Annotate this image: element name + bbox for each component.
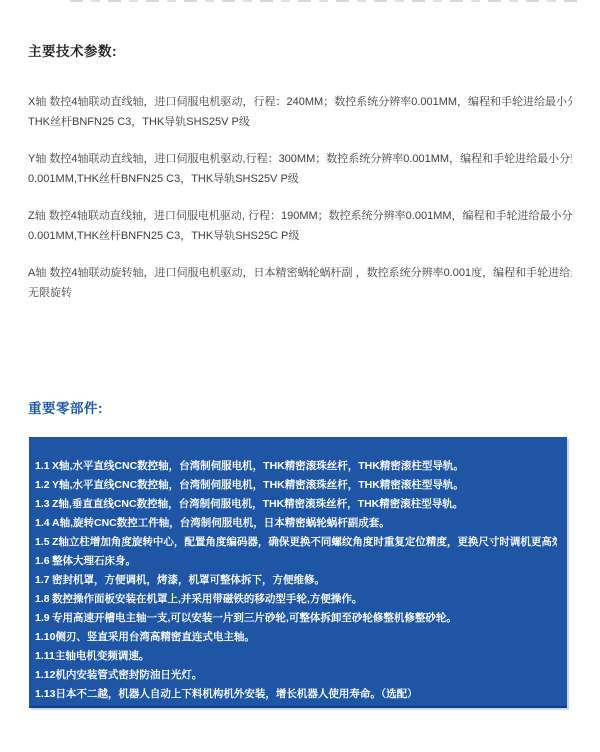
tech-params-section: 主要技术参数: X轴 数控4轴联动直线轴，进口伺服电机驱动，行程：240MM；数… [28, 44, 572, 303]
part-item-text: 日本不二越，机器人自动上下料机构机外安装，增长机器人使用寿命。（选配） [55, 685, 417, 704]
spec-paragraph-line: THK丝杆BNFN25 C3，THK导轨SHS25V P级 [28, 112, 572, 132]
part-list-item: 1.1X轴,水平直线CNC数控轴，台湾制伺服电机，THK精密滚珠丝杆，THK精密… [35, 457, 557, 476]
part-item-text: 密封机罩，方便调机，烤漆，机罩可整体拆下，方便维修。 [52, 571, 325, 590]
part-list-item: 1.13日本不二越，机器人自动上下料机构机外安装，增长机器人使用寿命。（选配） [35, 685, 557, 704]
part-list-item: 1.5Z轴立柱增加角度旋转中心，配置角度编码器，确保更换不同螺纹角度时重复定位精… [35, 533, 557, 552]
part-list-item: 1.6整体大理石床身。 [35, 552, 557, 571]
part-list-item: 1.12机内安装管式密封防油日光灯。 [35, 666, 557, 685]
part-item-number: 1.9 [35, 609, 52, 628]
part-item-text: Z轴,垂直直线CNC数控轴，台湾制伺服电机，THK精密滚珠丝杆，THK精密滚柱型… [52, 495, 463, 514]
spec-paragraph-axis-3: A轴 数控4轴联动旋转轴，进口伺服电机驱动，日本精密蜗轮蜗杆副 ，数控系统分辨率… [28, 263, 572, 303]
part-item-number: 1.1 [35, 457, 52, 476]
part-item-number: 1.13 [35, 685, 55, 704]
part-item-text: 专用高速开槽电主轴一支,可以安装一片到三片砂轮,可整体拆卸至砂轮修整机修整砂轮。 [52, 609, 457, 628]
clipped-text-remnant [70, 0, 578, 2]
part-item-text: 数控操作面板安装在机罩上,并采用带磁铁的移动型手轮,方便操作。 [52, 590, 362, 609]
spec-paragraph-line: Y轴 数控4轴联动直线轴，进口伺服电机驱动,行程：300MM；数控系统分辨率0.… [28, 149, 572, 169]
part-list-item: 1.10侧刃、竖直采用台湾高精密直连式电主轴。 [35, 628, 557, 647]
part-item-text: Z轴立柱增加角度旋转中心，配置角度编码器，确保更换不同螺纹角度时重复定位精度，更… [52, 533, 557, 552]
part-list-item: 1.8数控操作面板安装在机罩上,并采用带磁铁的移动型手轮,方便操作。 [35, 590, 557, 609]
part-list-item: 1.11主轴电机变频调速。 [35, 647, 557, 666]
key-parts-section: 重要零部件: 1.1X轴,水平直线CNC数控轴，台湾制伺服电机，THK精密滚珠丝… [28, 401, 572, 708]
part-item-number: 1.6 [35, 552, 52, 571]
spec-paragraph-axis-1: Y轴 数控4轴联动直线轴，进口伺服电机驱动,行程：300MM；数控系统分辨率0.… [28, 149, 572, 189]
document-page: 主要技术参数: X轴 数控4轴联动直线轴，进口伺服电机驱动，行程：240MM；数… [0, 0, 600, 752]
key-parts-panel: 1.1X轴,水平直线CNC数控轴，台湾制伺服电机，THK精密滚珠丝杆，THK精密… [29, 437, 567, 708]
part-item-number: 1.5 [35, 533, 52, 552]
part-item-text: 主轴电机变频调速。 [55, 647, 150, 666]
part-item-number: 1.11 [35, 647, 55, 666]
part-item-number: 1.3 [35, 495, 52, 514]
part-list-item: 1.3Z轴,垂直直线CNC数控轴，台湾制伺服电机，THK精密滚珠丝杆，THK精密… [35, 495, 557, 514]
part-item-text: A轴,旋转CNC数控工件轴，台湾制伺服电机，日本精密蜗轮蜗杆副成套。 [52, 514, 390, 533]
part-item-number: 1.12 [35, 666, 55, 685]
part-list-item: 1.2Y轴,水平直线CNC数控轴，台湾制伺服电机，THK精密滚珠丝杆，THK精密… [35, 476, 557, 495]
part-list-item: 1.9专用高速开槽电主轴一支,可以安装一片到三片砂轮,可整体拆卸至砂轮修整机修整… [35, 609, 557, 628]
part-item-number: 1.8 [35, 590, 52, 609]
tech-params-heading: 主要技术参数: [28, 44, 572, 60]
part-item-number: 1.7 [35, 571, 52, 590]
tech-params-paragraphs: X轴 数控4轴联动直线轴，进口伺服电机驱动，行程：240MM；数控系统分辨率0.… [28, 92, 572, 303]
spec-paragraph-line: Z轴 数控4轴联动直线轴，进口伺服电机驱动, 行程：190MM；数控系统分辨率0… [28, 206, 572, 226]
part-item-text: 整体大理石床身。 [52, 552, 136, 571]
spec-paragraph-line: 无限旋转 [28, 283, 572, 303]
part-item-text: X轴,水平直线CNC数控轴，台湾制伺服电机，THK精密滚珠丝杆，THK精密滚柱型… [52, 457, 464, 476]
part-item-text: Y轴,水平直线CNC数控轴，台湾制伺服电机，THK精密滚珠丝杆，THK精密滚柱型… [52, 476, 464, 495]
spec-paragraph-line: X轴 数控4轴联动直线轴，进口伺服电机驱动，行程：240MM；数控系统分辨率0.… [28, 92, 572, 112]
spec-paragraph-line: 0.001MM,THK丝杆BNFN25 C3，THK导轨SHS25C P级 [28, 226, 572, 246]
part-item-number: 1.10 [35, 628, 55, 647]
spec-paragraph-line: 0.001MM,THK丝杆BNFN25 C3，THK导轨SHS25V P级 [28, 169, 572, 189]
part-item-number: 1.2 [35, 476, 52, 495]
part-item-number: 1.4 [35, 514, 52, 533]
part-item-text: 机内安装管式密封防油日光灯。 [55, 666, 202, 685]
part-list-item: 1.7密封机罩，方便调机，烤漆，机罩可整体拆下，方便维修。 [35, 571, 557, 590]
spec-paragraph-axis-0: X轴 数控4轴联动直线轴，进口伺服电机驱动，行程：240MM；数控系统分辨率0.… [28, 92, 572, 132]
part-item-text: 侧刃、竖直采用台湾高精密直连式电主轴。 [55, 628, 255, 647]
spec-paragraph-axis-2: Z轴 数控4轴联动直线轴，进口伺服电机驱动, 行程：190MM；数控系统分辨率0… [28, 206, 572, 246]
part-list-item: 1.4A轴,旋转CNC数控工件轴，台湾制伺服电机，日本精密蜗轮蜗杆副成套。 [35, 514, 557, 533]
spec-paragraph-line: A轴 数控4轴联动旋转轴，进口伺服电机驱动，日本精密蜗轮蜗杆副 ，数控系统分辨率… [28, 263, 572, 283]
key-parts-heading: 重要零部件: [28, 401, 572, 417]
